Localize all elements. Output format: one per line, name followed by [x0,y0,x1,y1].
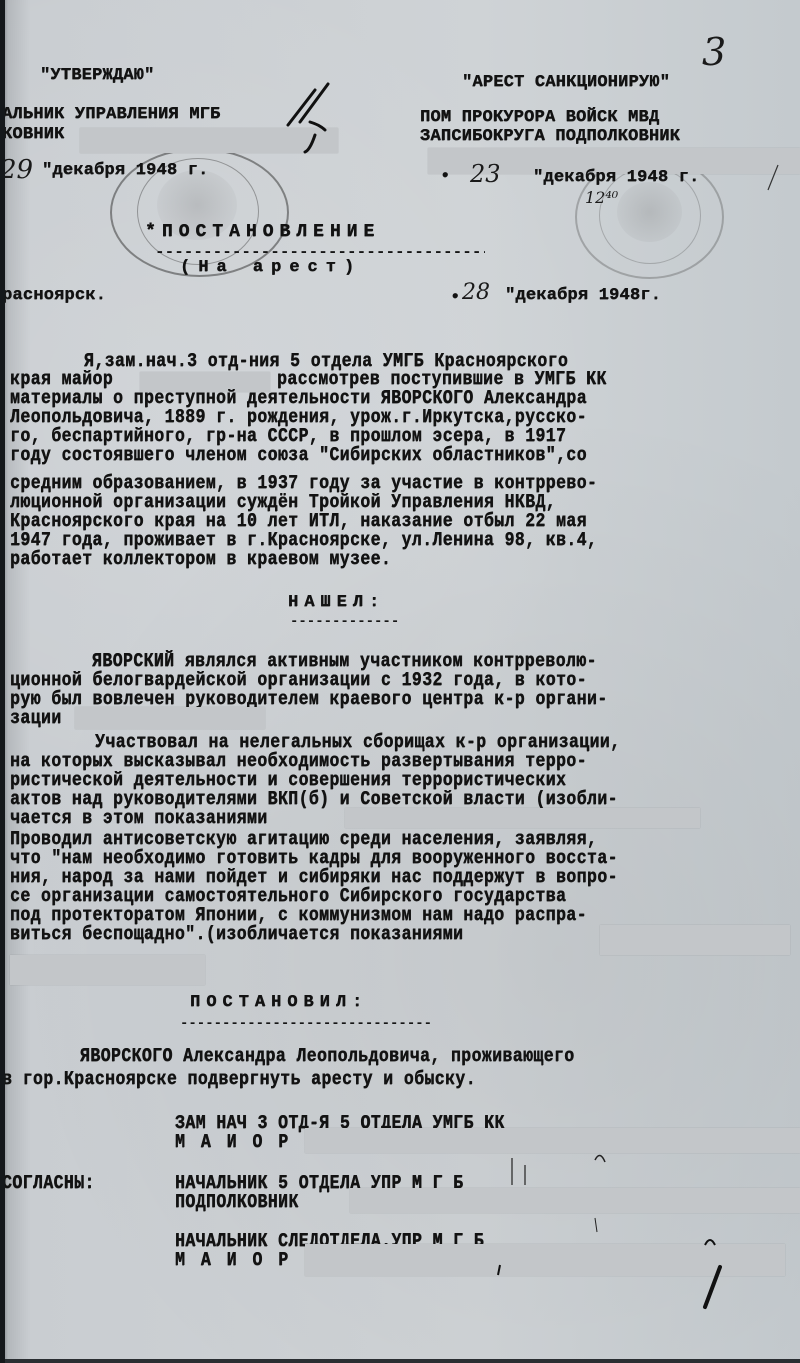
approval-day-handwritten: 29 [0,155,33,185]
approver-title-line1: АЛЬНИК УПРАВЛЕНИЯ МГБ [2,105,220,124]
document-date: "декабря 1948г. [505,286,661,305]
signer1-rank: ПОДПОЛКОВНИК [175,1191,299,1213]
found-line: чается в этом показаниями [10,807,268,829]
signature-marks [500,1150,700,1340]
prosecutor-title-line1: ПОМ ПРОКУРОРА ВОЙСК МВД [420,108,659,127]
document-subtitle: (На арест) [180,258,362,277]
approver-title-line2: КОВНИК [2,125,64,144]
author-rank: М А И О Р [175,1131,291,1153]
intro-line: работает коллектором в краевом музее. [10,548,391,570]
bullet-mark: • [450,288,460,307]
redacted-witnesses-2b [10,955,205,985]
sanction-day-handwritten: 23 [470,160,501,188]
document-page: "УТВЕРЖДАЮ" АЛЬНИК УПРАВЛЕНИЯ МГБ КОВНИК… [0,0,800,1363]
resolved-line: в гор.Красноярске подвергнуть аресту и о… [2,1068,476,1090]
page-number-handwritten: 3 [702,30,726,74]
resolved-line: ЯВОРСКОГО Александра Леопольдовича, прож… [80,1045,574,1067]
document-day-handwritten: 28 [462,280,490,305]
signer2-rank: М А И О Р [175,1249,291,1271]
sanction-label: "АРЕСТ САНКЦИОНИРУЮ" [462,73,670,92]
page-bottom-edge [0,1359,800,1363]
redacted-leader-name [75,707,265,729]
document-city: расноярск. [2,286,106,305]
redacted-witnesses-1 [345,808,700,828]
sanction-date: "декабря 1948 г. [533,168,699,187]
redacted-witnesses-2a [600,925,790,955]
resolved-underline: ------------------------------ [180,1016,450,1032]
prosecutor-title-line2: ЗАПСИБОКРУГА ПОДПОЛКОВНИК [420,127,680,146]
agreed-label: СОГЛАСНЫ: [2,1172,95,1194]
approval-label: "УТВЕРЖДАЮ" [40,66,154,85]
sanction-time-handwritten: 12⁴⁰ [585,188,618,207]
found-line: виться беспощадно".(изобличается показан… [10,923,463,945]
found-underline: ------------- [290,614,405,630]
found-heading: НАШЕЛ: [288,593,385,612]
approver-signature [280,80,360,170]
intro-line: году состоявшего членом союза "Сибирских… [10,444,587,466]
approval-date: "декабря 1948 г. [42,161,208,180]
resolved-heading: ПОСТАНОВИЛ: [190,993,368,1012]
margin-mark [760,160,790,200]
bullet-mark: • [440,167,450,186]
found-line: зации [10,707,62,729]
document-title: *ПОСТАНОВЛЕНИЕ [145,222,380,242]
